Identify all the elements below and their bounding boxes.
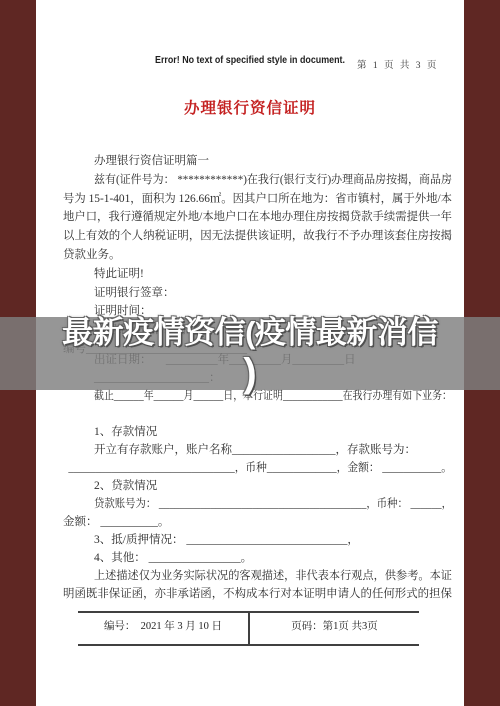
text-line: 地户口，我行遵循规定外地/本地户口在本地办理住房按揭贷款手续需提供一年 (63, 208, 452, 227)
text-line: 办理银行资信证明篇一 (63, 152, 452, 171)
text-line (63, 405, 452, 423)
text-line: 以上有效的个人纳税证明，因无法提供该证明，故我行不予办理该套住房按揭 (63, 227, 452, 246)
text-line-content: 开立有存款账户，账户名称__________________，存款账号为： (94, 441, 416, 459)
text-line-content: 1、存款情况 (94, 423, 157, 441)
text-line: 明函既非保证函，亦非承诺函，不构成本行对本证明申请人的任何形式的担保 (63, 585, 452, 603)
watermark-text-line2: ) (0, 347, 500, 399)
text-line: 贷款账号为： _________________________________… (63, 495, 452, 513)
text-line-content: 2、贷款情况 (94, 477, 157, 495)
text-line-content: 兹有(证件号为： ************)在我行(银行支行)办理商品房按揭，商… (94, 171, 452, 190)
footer-page-number: 页码：第1页 共3页 (248, 613, 419, 644)
text-line-content: 3、抵/质押情况： ____________________________， (94, 531, 359, 549)
text-line-content: _______________________________，币种______… (63, 459, 452, 477)
text-line: _______________________________，币种______… (63, 459, 452, 477)
text-line: 1、存款情况 (63, 423, 452, 441)
footer-serial-number: 编号： 2021 年 3 月 10 日 (78, 613, 248, 644)
text-line: 4、其他： ________________。 (63, 549, 452, 567)
text-line-content (63, 405, 66, 423)
header-row: Error! No text of specified style in doc… (155, 54, 345, 68)
text-line: 3、抵/质押情况： ____________________________， (63, 531, 452, 549)
text-line: 特此证明! (63, 265, 452, 284)
text-line-content: 办理银行资信证明篇一 (94, 152, 209, 171)
text-line: 号为 15-1-401，面积为 126.66㎡。因其户口所在地为：省市镇村，属于… (63, 190, 452, 209)
text-line-content: 上述描述仅为业务实际状况的客观描述，非代表本行观点，供参考。本证 (94, 567, 452, 585)
text-line: 上述描述仅为业务实际状况的客观描述，非代表本行观点，供参考。本证 (63, 567, 452, 585)
text-line-content: 地户口，我行遵循规定外地/本地户口在本地办理住房按揭贷款手续需提供一年 (63, 208, 452, 227)
text-line: 贷款业务。 (63, 246, 452, 265)
text-line-content: 贷款业务。 (63, 246, 121, 265)
text-line-content: 以上有效的个人纳税证明，因无法提供该证明，故我行不予办理该套住房按揭 (63, 227, 452, 246)
text-line: 兹有(证件号为： ************)在我行(银行支行)办理商品房按揭，商… (63, 171, 452, 190)
document-page: Error! No text of specified style in doc… (0, 0, 500, 706)
text-line: 证明银行签章： (63, 284, 452, 303)
header-page-indicator: 第 1 页 共 3 页 (357, 57, 438, 71)
document-title: 办理银行资信证明 (0, 96, 500, 118)
header-error-text: Error! No text of specified style in doc… (155, 54, 345, 66)
text-line-content: 4、其他： ________________。 (94, 549, 252, 567)
footer-table: 编号： 2021 年 3 月 10 日 页码：第1页 共3页 (78, 611, 419, 646)
text-line-content: 金额： __________。 (63, 513, 169, 531)
text-line-content: 证明银行签章： (94, 284, 175, 303)
text-line-content: 特此证明! (94, 265, 144, 284)
text-line: 2、贷款情况 (63, 477, 452, 495)
text-line-content: 明函既非保证函，亦非承诺函，不构成本行对本证明申请人的任何形式的担保 (63, 585, 452, 603)
text-line-content: 贷款账号为： _________________________________… (94, 495, 452, 513)
text-line: 开立有存款账户，账户名称__________________，存款账号为： (63, 441, 452, 459)
text-line: 金额： __________。 (63, 513, 452, 531)
text-line-content: 号为 15-1-401，面积为 126.66㎡。因其户口所在地为：省市镇村，属于… (63, 190, 452, 209)
